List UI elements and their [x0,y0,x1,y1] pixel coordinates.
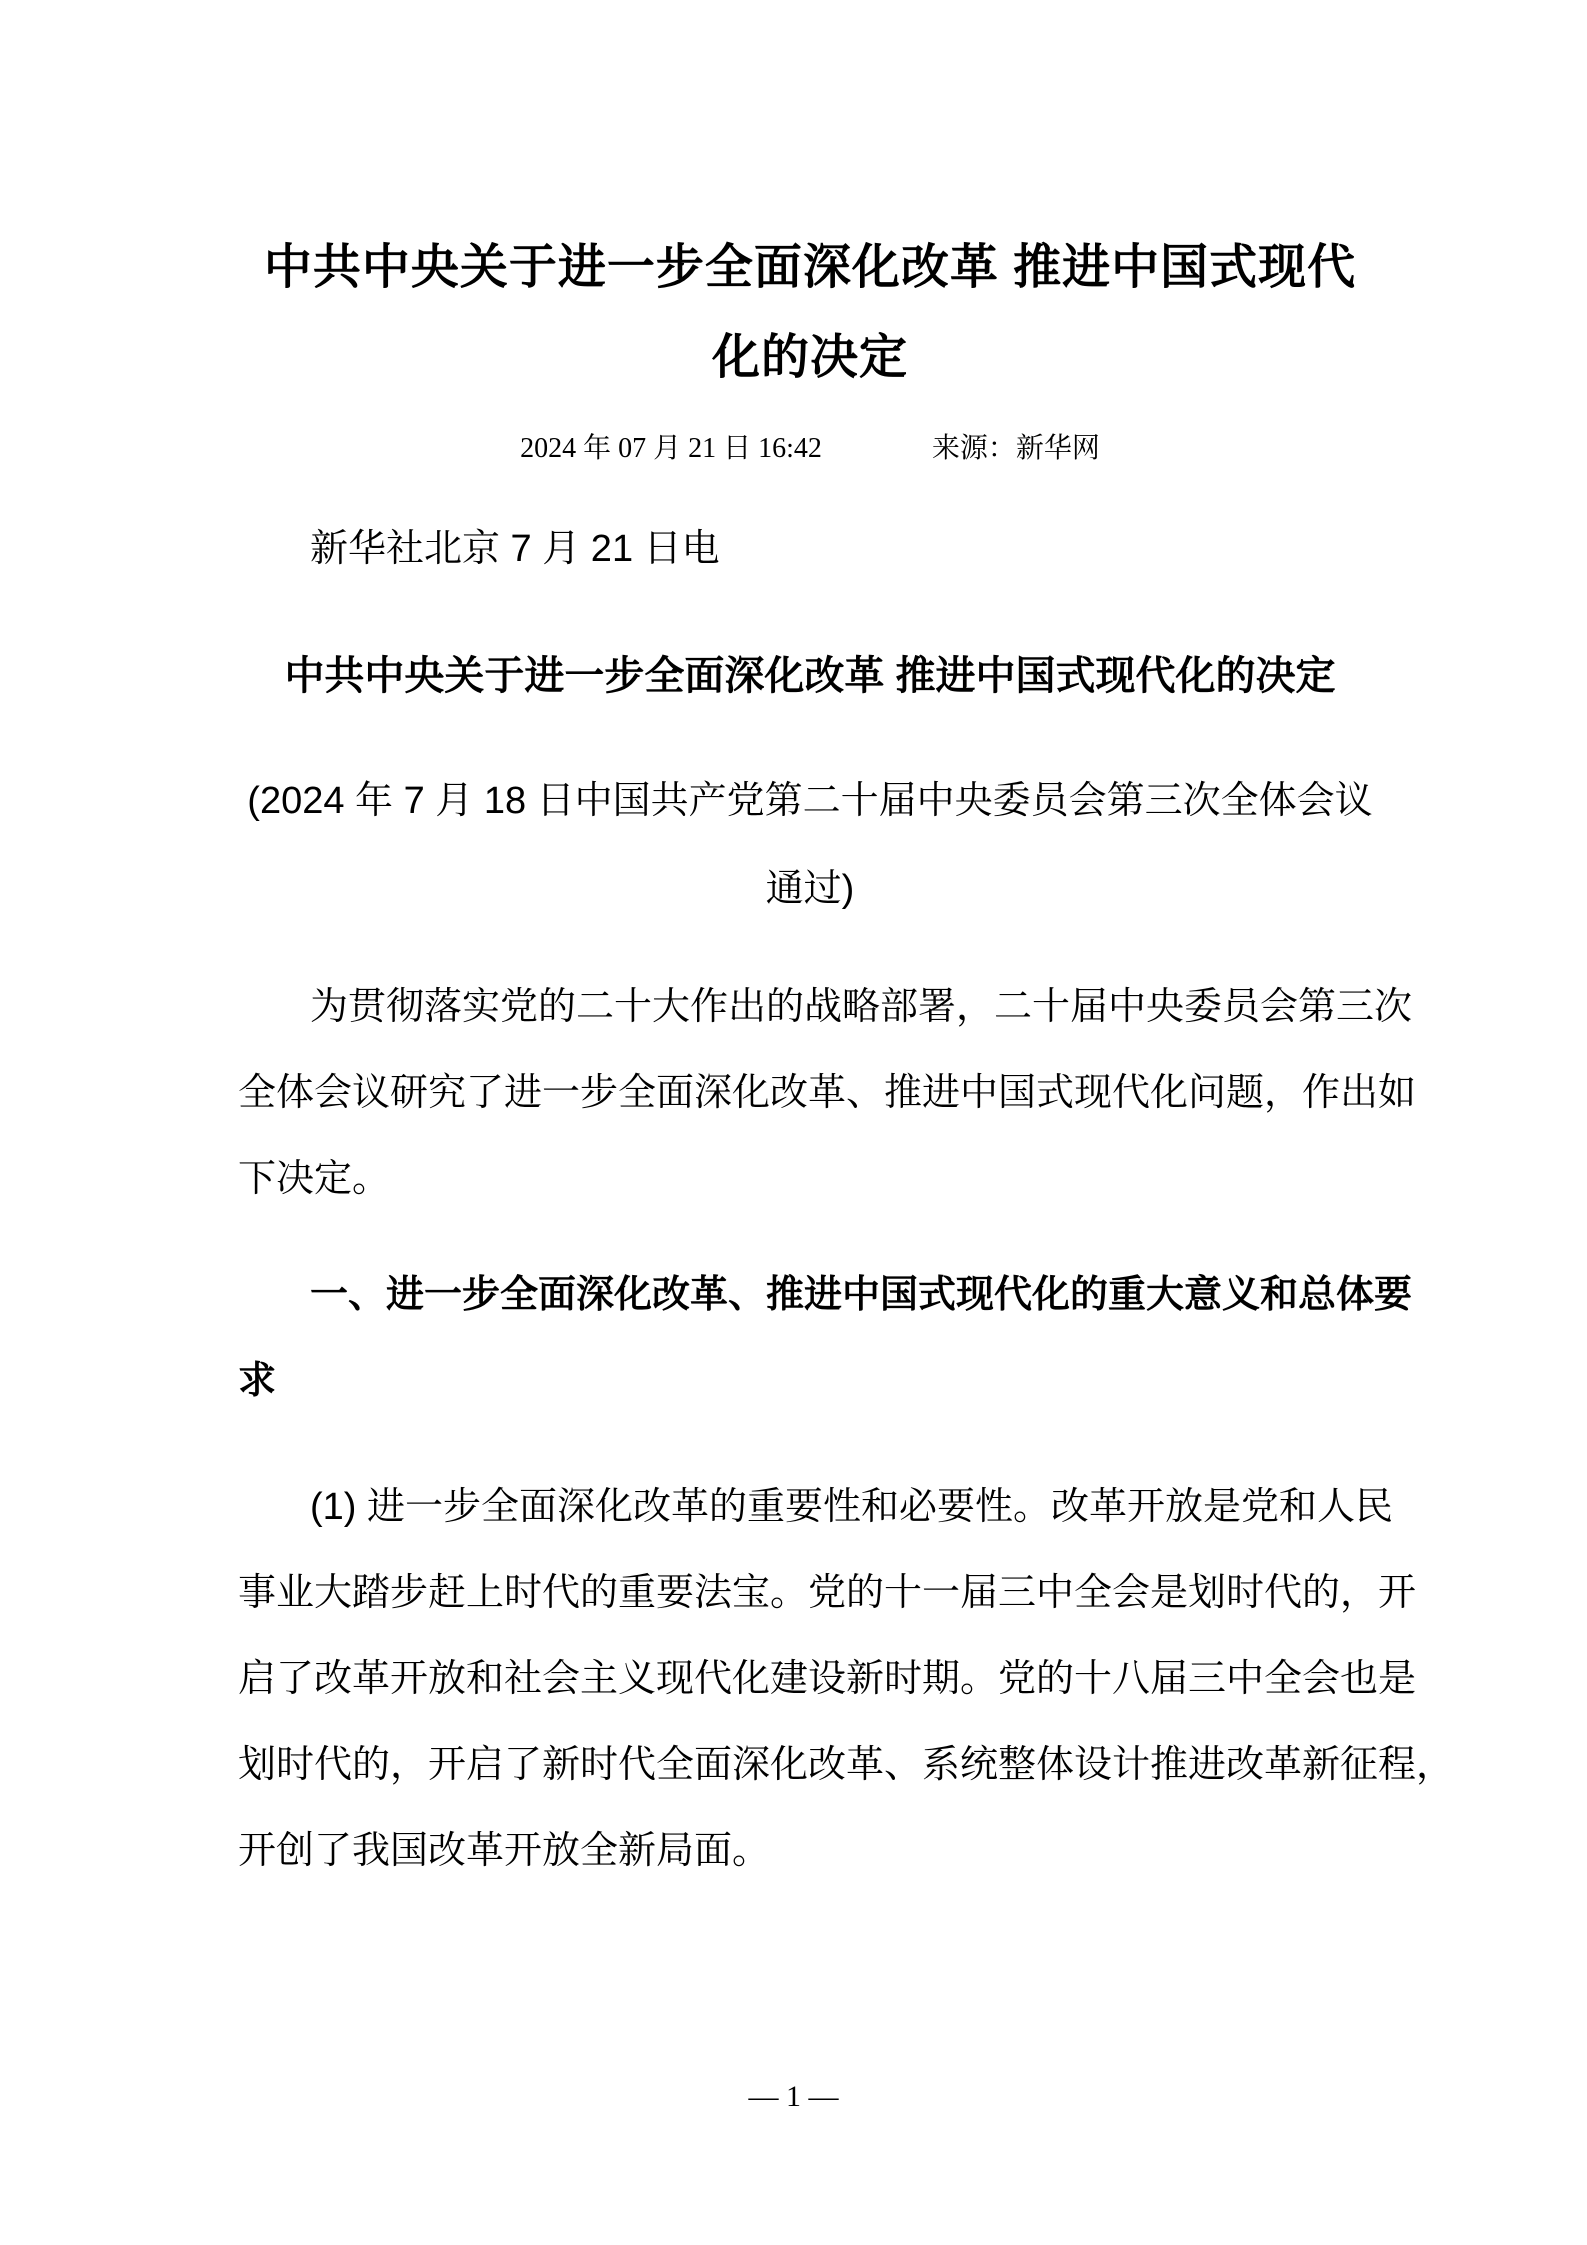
article-source: 来源：新华网 [932,429,1100,469]
paragraph-line: 下决定。 [238,1136,1382,1222]
paragraph-line: 启了改革开放和社会主义现代化建设新时期。党的十八届三中全会也是 [238,1636,1382,1722]
document-title-line-2: 化的决定 [238,313,1382,403]
paragraph-preamble: 为贯彻落实党的二十大作出的战略部署，二十届中央委员会第三次 全体会议研究了进一步… [238,964,1382,1222]
adoption-note-line-1: (2024 年 7 月 18 日中国共产党第二十届中央委员会第三次全体会议 [238,757,1382,845]
section-heading-1: 一、进一步全面深化改革、推进中国式现代化的重大意义和总体要 求 [238,1252,1382,1424]
section-heading-line: 一、进一步全面深化改革、推进中国式现代化的重大意义和总体要 [238,1252,1382,1338]
section-heading-line: 求 [238,1338,1382,1424]
paragraph-item-1: (1) 进一步全面深化改革的重要性和必要性。改革开放是党和人民 事业大踏步赶上时… [238,1464,1382,1894]
document-title: 中共中央关于进一步全面深化改革 推进中国式现代 化的决定 [238,223,1382,403]
publish-datetime: 2024 年 07 月 21 日 16:42 [520,429,822,469]
paragraph-line: 为贯彻落实党的二十大作出的战略部署，二十届中央委员会第三次 [238,964,1382,1050]
article-meta: 2024 年 07 月 21 日 16:42 来源：新华网 [238,429,1382,469]
document-page: 中共中央关于进一步全面深化改革 推进中国式现代 化的决定 2024 年 07 月… [0,0,1587,2245]
document-subtitle: 中共中央关于进一步全面深化改革 推进中国式现代化的决定 [238,650,1382,702]
paragraph-line: (1) 进一步全面深化改革的重要性和必要性。改革开放是党和人民 [238,1464,1382,1550]
paragraph-line: 开创了我国改革开放全新局面。 [238,1808,1382,1894]
adoption-note: (2024 年 7 月 18 日中国共产党第二十届中央委员会第三次全体会议 通过… [238,757,1382,933]
paragraph-line: 事业大踏步赶上时代的重要法宝。党的十一届三中全会是划时代的，开 [238,1550,1382,1636]
page-number: — 1 — [0,2082,1587,2112]
paragraph-line: 全体会议研究了进一步全面深化改革、推进中国式现代化问题，作出如 [238,1050,1382,1136]
paragraph-line: 划时代的，开启了新时代全面深化改革、系统整体设计推进改革新征程， [238,1722,1382,1808]
news-dateline: 新华社北京 7 月 21 日电 [238,524,1382,574]
adoption-note-line-2: 通过) [238,845,1382,933]
document-title-line-1: 中共中央关于进一步全面深化改革 推进中国式现代 [238,223,1382,313]
